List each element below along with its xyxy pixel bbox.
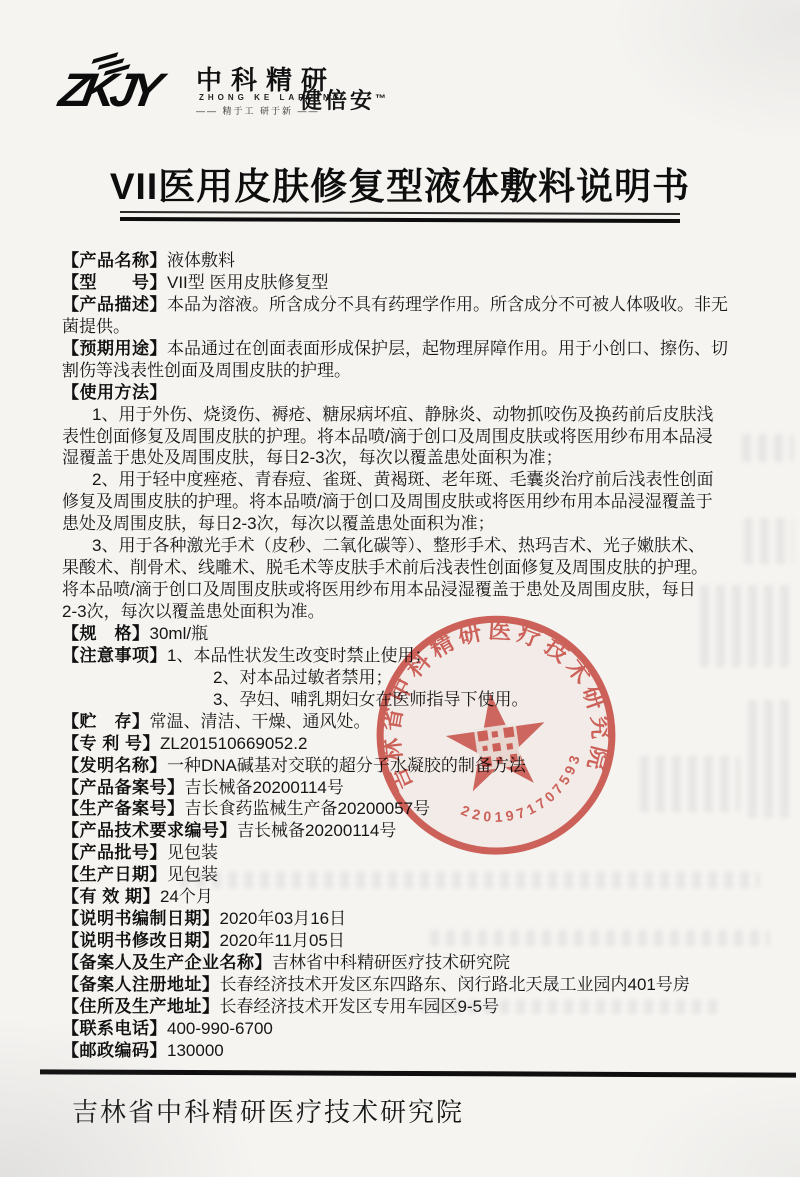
field-label: 【联系电话】 (62, 1019, 167, 1038)
document-line: 【型 号】VII型 医用皮肤修复型 (62, 272, 752, 294)
document-line: 1、用于外伤、烧烫伤、褥疮、糖尿病坏疽、静脉炎、动物抓咬伤及换药前后皮肤浅 (62, 404, 752, 426)
field-value: 果酸术、削骨术、线雕术、脱毛术等皮肤手术前后浅表性创面修复及周围皮肤的护理。 (62, 558, 708, 577)
field-label: 【说明书编制日期】 (62, 909, 220, 928)
field-label: 【生产备案号】 (62, 799, 185, 818)
document-line: 患处及周围皮肤，每日2-3次，每次以覆盖患处面积为准； (62, 513, 752, 535)
document-line: 割伤等浅表性创面及周围皮肤的护理。 (62, 360, 752, 382)
document-line: 【预期用途】本品通过在创面表面形成保护层，起物理屏障作用。用于小创口、擦伤、切 (62, 338, 752, 360)
field-label: 【住所及生产地址】 (62, 997, 220, 1016)
bleed-through-artifact (430, 930, 770, 946)
document-line: 【说明书编制日期】2020年03月16日 (62, 908, 752, 930)
document-line: 【产品描述】本品为溶液。所含成分不具有药理学作用。所含成分不可被人体吸收。非无 (62, 294, 752, 316)
document-line: 修复及周围皮肤的护理。将本品喷/滴于创口及周围皮肤或将医用纱布用本品浸湿覆盖于 (62, 491, 752, 513)
bleed-through-artifact (180, 872, 760, 888)
field-value: 2020年03月16日 (220, 909, 347, 928)
field-value: 2020年11月05日 (220, 931, 345, 950)
document-line: 【备案人注册地址】长春经济技术开发区东四路东、闵行路北天晟工业园内401号房 (62, 974, 752, 996)
field-value: 2-3次，每次以覆盖患处面积为准。 (62, 602, 325, 621)
field-value: 3、用于各种激光手术（皮秒、二氧化碳等）、整形手术、热玛吉术、光子嫩肤术、 (92, 536, 705, 555)
field-value: VII型 医用皮肤修复型 (167, 273, 329, 292)
field-label: 【发明名称】 (62, 756, 167, 775)
product-trademark: 健倍安™ (300, 84, 386, 115)
document-line: 【联系电话】400-990-6700 (62, 1018, 752, 1040)
document-line: 菌提供。 (62, 316, 752, 338)
title-divider (120, 211, 680, 223)
document-line: 【有 效 期】24个月 (62, 886, 752, 908)
field-label: 【产品名称】 (62, 251, 167, 270)
field-value: 常温、清洁、干燥、通风处。 (150, 712, 371, 731)
field-value: 吉长械备20200114号 (185, 778, 344, 797)
field-label: 【说明书修改日期】 (62, 931, 220, 950)
bleed-through-artifact (640, 756, 740, 812)
official-red-seal: 吉林省中科精研医疗技术研究院 2201971707593 (349, 587, 645, 883)
field-value: 湿覆盖于患处及周围皮肤，每日2-3次，每次以覆盖患处面积为准； (62, 448, 563, 467)
field-value: 130000 (167, 1041, 224, 1060)
field-label: 【有 效 期】 (62, 887, 160, 906)
field-label: 【产品描述】 (62, 295, 167, 314)
document-line: 湿覆盖于患处及周围皮肤，每日2-3次，每次以覆盖患处面积为准； (62, 447, 752, 469)
field-label: 【专 利 号】 (62, 734, 160, 753)
field-label: 【型 号】 (62, 273, 167, 292)
field-value: 400-990-6700 (167, 1019, 273, 1038)
field-label: 【使用方法】 (62, 383, 167, 402)
field-value: 1、用于外伤、烧烫伤、褥疮、糖尿病坏疽、静脉炎、动物抓咬伤及换药前后皮肤浅 (92, 405, 713, 424)
document-line: 【邮政编码】130000 (62, 1040, 752, 1062)
field-value: 菌提供。 (62, 317, 130, 336)
field-value: 液体敷料 (167, 251, 235, 270)
bleed-through-artifact (420, 1000, 720, 1014)
field-label: 【规 格】 (62, 624, 150, 643)
field-value: 表性创面修复及周围皮肤的护理。将本品喷/滴于创口及周围皮肤或将医用纱布用本品浸 (62, 427, 713, 446)
field-value: 30ml/瓶 (150, 624, 209, 643)
field-value: 本品为溶液。所含成分不具有药理学作用。所含成分不可被人体吸收。非无 (167, 295, 728, 314)
field-value: 见包装 (167, 843, 218, 862)
page-title: VII医用皮肤修复型液体敷料说明书 (0, 156, 800, 210)
field-label: 【预期用途】 (62, 339, 167, 358)
field-label: 【注意事项】 (62, 646, 167, 665)
field-value: 吉林省中科精研医疗技术研究院 (272, 953, 510, 972)
bleed-through-artifact (744, 518, 794, 564)
bleed-through-artifact (748, 700, 794, 818)
field-label: 【产品备案号】 (62, 778, 185, 797)
trademark-text: 健倍安 (300, 88, 375, 113)
document-line: 【备案人及生产企业名称】吉林省中科精研医疗技术研究院 (62, 952, 752, 974)
field-value: 割伤等浅表性创面及周围皮肤的护理。 (62, 361, 351, 380)
footer-divider (40, 1069, 796, 1077)
field-label: 【产品技术要求编号】 (62, 821, 237, 840)
field-value: 患处及周围皮肤，每日2-3次，每次以覆盖患处面积为准； (62, 514, 495, 533)
document-line: 3、用于各种激光手术（皮秒、二氧化碳等）、整形手术、热玛吉术、光子嫩肤术、 (62, 535, 752, 557)
field-label: 【邮政编码】 (62, 1041, 167, 1060)
field-value: ZL201510669052.2 (160, 734, 307, 753)
footer-company-name: 吉林省中科精研医疗技术研究院 (72, 1092, 464, 1129)
bleed-through-artifact (742, 434, 794, 462)
field-label: 【备案人及生产企业名称】 (62, 953, 272, 972)
document-line: 将本品喷/滴于创口及周围皮肤或将医用纱布用本品浸湿覆盖于患处及周围皮肤，每日 (62, 579, 752, 601)
seal-qr-icon (474, 723, 522, 771)
document-line: 【产品名称】液体敷料 (62, 250, 752, 272)
field-label: 【贮 存】 (62, 712, 150, 731)
field-value: 吉长械备20200114号 (237, 821, 396, 840)
document-line: 表性创面修复及周围皮肤的护理。将本品喷/滴于创口及周围皮肤或将医用纱布用本品浸 (62, 426, 752, 448)
document-line: 【使用方法】 (62, 382, 752, 404)
field-label: 【产品批号】 (62, 843, 167, 862)
instruction-leaflet-page: ZKJY 中科精研 ZHONG KE LAPPING —— 精于工 研于新 ——… (0, 0, 800, 1177)
field-value: 长春经济技术开发区东四路东、闵行路北天晟工业园内401号房 (220, 975, 690, 994)
document-line: 果酸术、削骨术、线雕术、脱毛术等皮肤手术前后浅表性创面修复及周围皮肤的护理。 (62, 557, 752, 579)
field-value: 24个月 (160, 887, 213, 906)
field-value: 修复及周围皮肤的护理。将本品喷/滴于创口及周围皮肤或将医用纱布用本品浸湿覆盖于 (62, 492, 713, 511)
bleed-through-artifact (700, 585, 792, 667)
page-title-emphasis: VII医用皮肤修复型 (110, 166, 424, 207)
field-label: 【生产日期】 (62, 865, 167, 884)
field-value: 本品通过在创面表面形成保护层，起物理屏障作用。用于小创口、擦伤、切 (167, 339, 728, 358)
page-title-rest: 液体敷料说明书 (424, 166, 690, 207)
field-value: 2、用于轻中度痤疮、青春痘、雀斑、黄褐斑、老年斑、毛囊炎治疗前后浅表性创面 (92, 470, 713, 489)
field-label: 【备案人注册地址】 (62, 975, 220, 994)
document-line: 2、用于轻中度痤疮、青春痘、雀斑、黄褐斑、老年斑、毛囊炎治疗前后浅表性创面 (62, 469, 752, 491)
tm-symbol: ™ (375, 93, 386, 105)
